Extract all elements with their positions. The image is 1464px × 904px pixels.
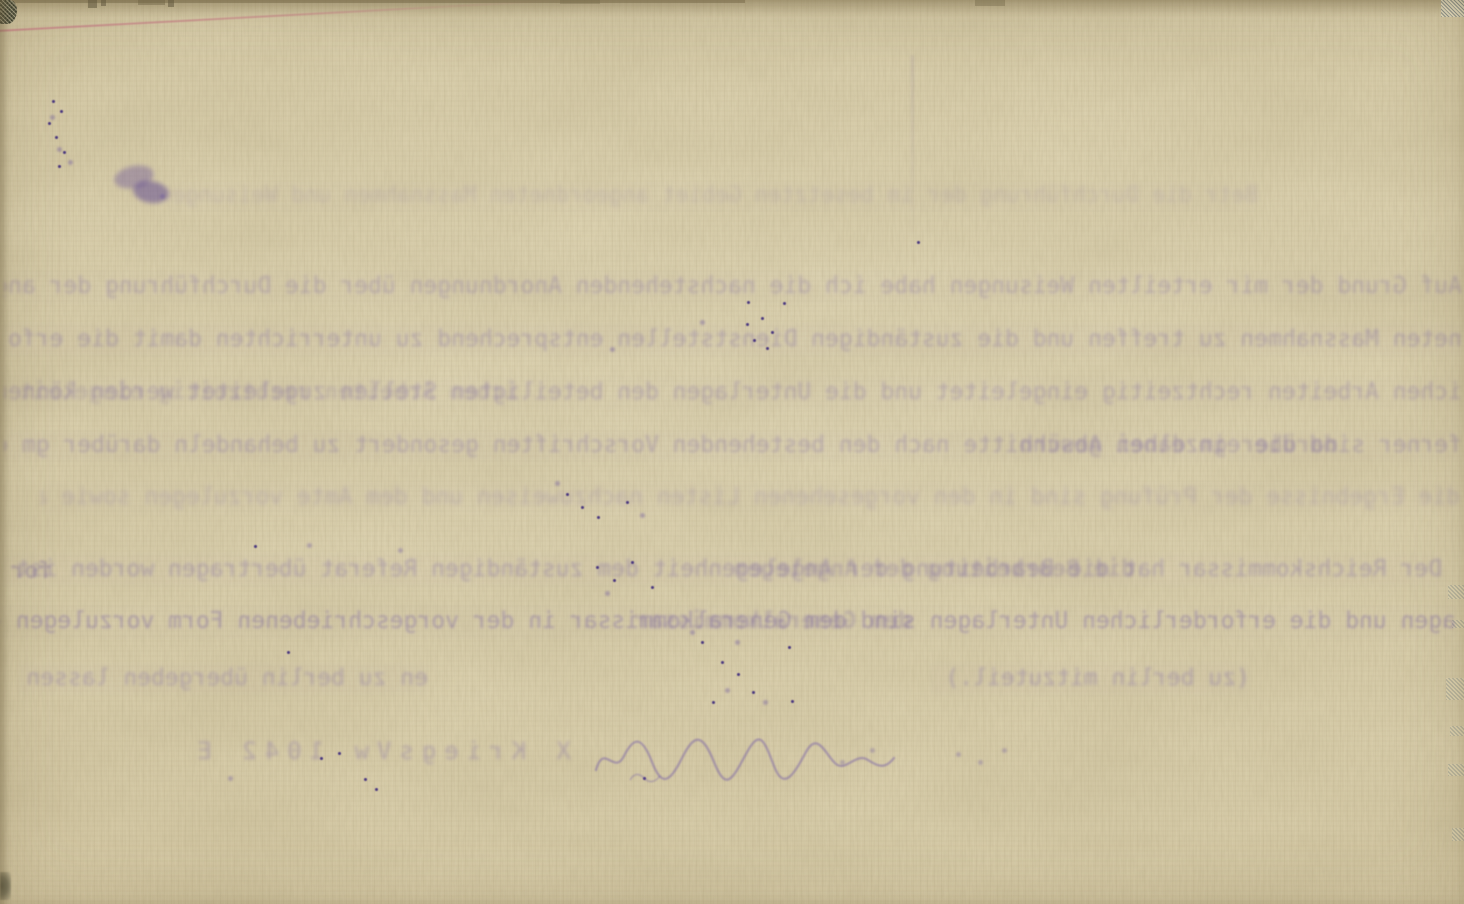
bleedthrough-line-fragment: en zu berlin übergeben lassen xyxy=(18,663,428,695)
top-right-hatch-patch xyxy=(1441,0,1464,17)
right-edge-hatch xyxy=(1448,585,1464,599)
ink-blot xyxy=(132,178,171,205)
top-edge-mark xyxy=(138,0,165,5)
left-edge-shadow xyxy=(0,0,10,904)
bleedthrough-line: die Ergebnisse der Prüfung sind in den v… xyxy=(40,482,1460,514)
top-edge-mark xyxy=(101,0,106,6)
vertical-crease xyxy=(911,55,914,250)
bleedthrough-bold-fragment: die Bearbeitung der Angelegen xyxy=(730,554,1135,586)
bleedthrough-line-fragment: (zu berlin mitzuteil.) xyxy=(930,663,1250,695)
scanned-document-page: Betr die Durchführung der im besetzten G… xyxy=(0,0,1464,904)
bleedthrough-bold-fragment: ichen Arbeiten rechtzeitig eingeleit xyxy=(18,377,518,409)
right-edge-hatch xyxy=(1446,678,1464,700)
right-edge-hatch xyxy=(1450,726,1464,736)
top-edge-mark xyxy=(975,0,1005,6)
handwritten-signature-ghost xyxy=(590,722,900,792)
top-edge-mark xyxy=(88,0,97,8)
top-edge-dark-line xyxy=(0,0,745,3)
top-edge-mark xyxy=(168,0,174,7)
bleedthrough-typed-signature: X KriegsVw 1042 E xyxy=(186,736,571,768)
bleedthrough-line: Der Reichskommissar hat die Bearbeitung … xyxy=(2,554,1442,586)
bleedthrough-heading-line: Betr die Durchführung der im besetzten G… xyxy=(168,181,1258,213)
bleedthrough-line: Auf Grund der mir erteilten Weisungen ha… xyxy=(4,271,1462,303)
right-edge-hatch xyxy=(1452,828,1464,841)
bleedthrough-line: neten Massnahmen zu treffen und die zust… xyxy=(4,324,1462,356)
right-edge-hatch xyxy=(1448,764,1464,776)
top-edge-mark xyxy=(560,0,600,4)
bleedthrough-bold-fragment: dem Generalkommissar xyxy=(612,606,912,638)
bleedthrough-bold-fragment: darüber gm dabei gewürb xyxy=(1000,430,1338,462)
